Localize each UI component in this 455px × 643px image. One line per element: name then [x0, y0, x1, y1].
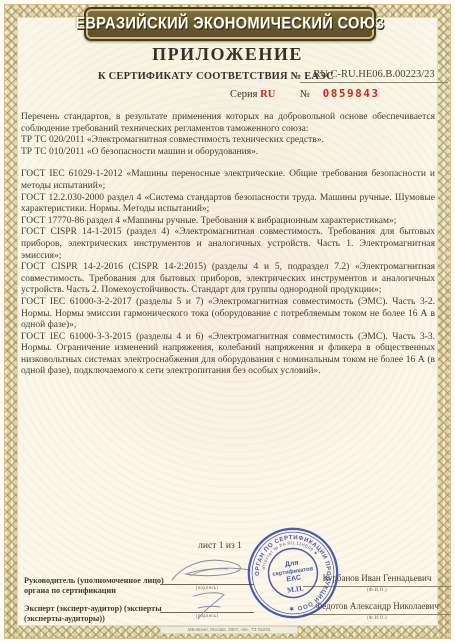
standard-item: ГОСТ CISPR 14-2-2016 (CISPR 14-2:2015) (…: [21, 262, 435, 297]
handwritten-signature-expert: [186, 590, 232, 622]
serial-number: 0859843: [323, 87, 380, 100]
certificate-subtitle: К СЕРТИФИКАТУ СООТВЕТСТВИЯ № ЕАЭС: [98, 71, 334, 82]
regulation-line: ТР ТС 010/2011 «О безопасности машин и о…: [21, 147, 435, 159]
intro-paragraph: Перечень стандартов, в результате примен…: [21, 112, 435, 135]
name-caption-expert: (Ф.И.О.): [303, 616, 451, 621]
series-value: RU: [260, 89, 275, 100]
stamp-mp-label: М.П.: [286, 584, 304, 595]
standard-item: ГОСТ IEC 61000-3-3-2015 (разделы 4 и 6) …: [21, 332, 435, 378]
standards-list: Перечень стандартов, в результате примен…: [21, 112, 435, 378]
standard-item: ГОСТ IEC 61000-3-2-2017 (разделы 5 и 7) …: [21, 297, 435, 332]
certificate-page: ЕВРАЗИЙСКИЙ ЭКОНОМИЧЕСКИЙ СОЮЗ ПРИЛОЖЕНИ…: [0, 0, 455, 643]
standard-item: ГОСТ 17770-86 раздел 4 «Машины ручные. Т…: [21, 216, 435, 228]
regulation-line: ТР ТС 020/2011 «Электромагнитная совмест…: [21, 135, 435, 147]
eaeu-banner: ЕВРАЗИЙСКИЙ ЭКОНОМИЧЕСКИЙ СОЮЗ: [84, 7, 376, 41]
standard-item: ГОСТ IEC 61029-1-2012 «Машины переносные…: [21, 169, 435, 192]
handwritten-signature-head: [166, 556, 254, 586]
eaeu-banner-title: ЕВРАЗИЙСКИЙ ЭКОНОМИЧЕСКИЙ СОЮЗ: [75, 15, 384, 33]
certificate-number: RU C-RU.HE06.B.00223/23: [300, 69, 448, 83]
sheet-counter: лист 1 из 1: [0, 541, 440, 551]
stamp-center-line1: Для: [285, 560, 299, 569]
stamp-center-line3: ЕАС: [286, 574, 302, 583]
number-sign: №: [300, 89, 310, 100]
series-row: Серия RU № 0859843: [230, 87, 379, 100]
signatory-role-head: Руководитель (уполномоченное лицо) орган…: [24, 576, 164, 596]
certification-stamp: ОРГАН ПО СЕРТИФИКАЦИИ ПРОДУКЦИИ ООО ★ ат…: [240, 520, 346, 626]
signatory-role-expert: Эксперт (эксперт-аудитор) (эксперты (экс…: [24, 604, 164, 624]
page-title: ПРИЛОЖЕНИЕ: [0, 44, 455, 65]
printer-imprint: МБ-Визит, Москва, 2007, «В», ТЗ №234: [160, 626, 298, 634]
standard-item: ГОСТ CISPR 14-1-2015 (раздел 4) «Электро…: [21, 227, 435, 262]
standard-item: ГОСТ 12.2.030-2000 раздел 4 «Система ста…: [21, 193, 435, 216]
series-label: Серия: [230, 89, 258, 100]
